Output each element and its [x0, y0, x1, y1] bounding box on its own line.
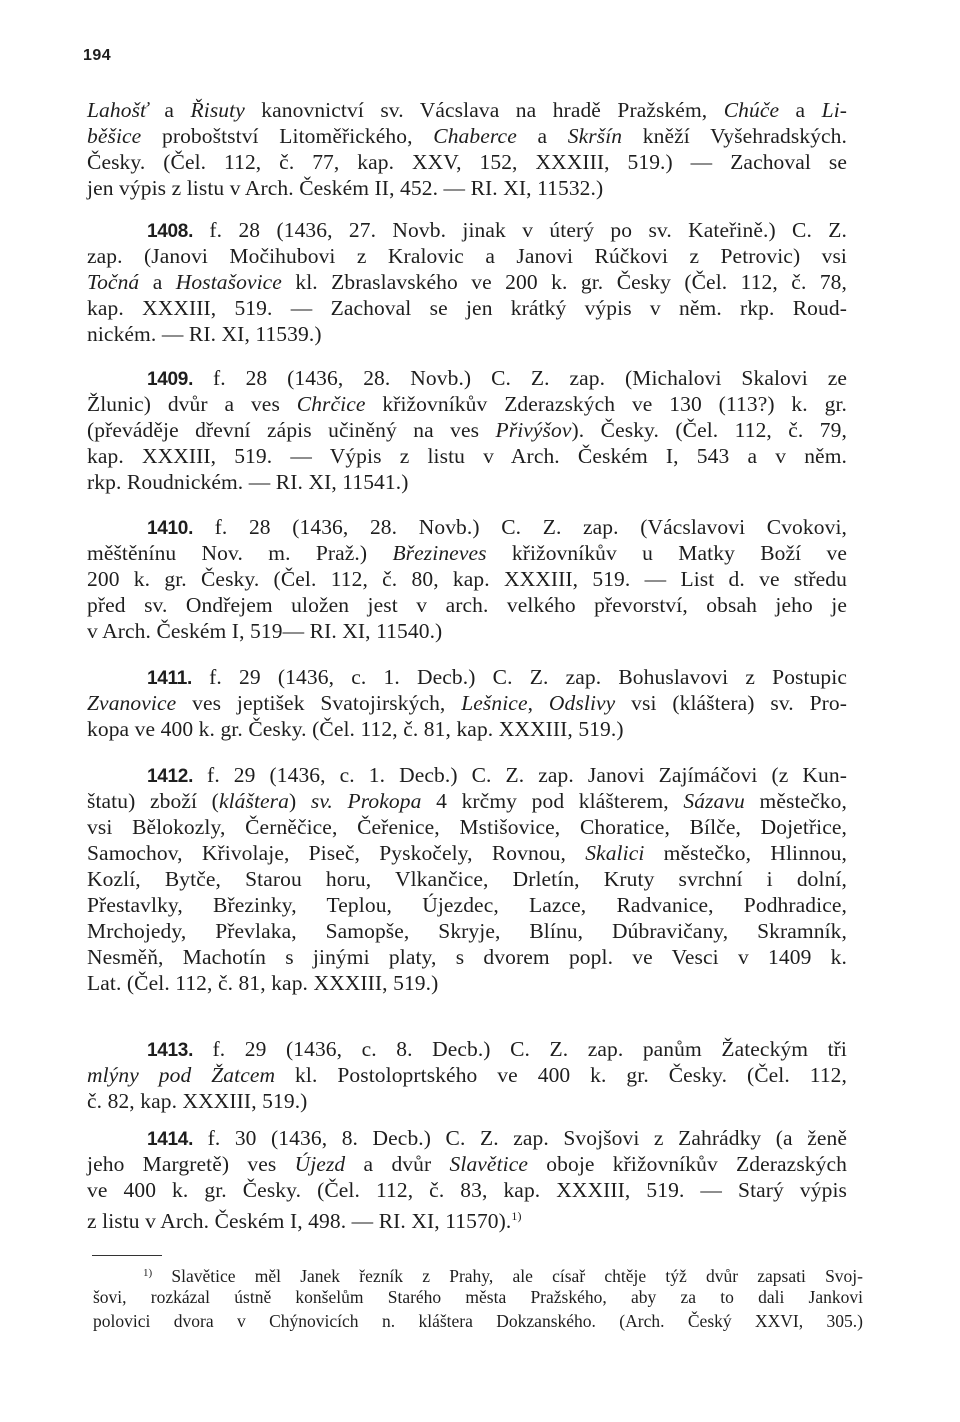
entry-number: 1413. [147, 1040, 193, 1061]
text-run: Žlunic) dvůr a ves [87, 392, 297, 416]
text-run: f. 28 (1436, 28. Novb.) C. Z. zap. (Vács… [193, 515, 847, 539]
place-name: Řisuty [191, 98, 245, 122]
text-run: jen výpis z listu v Arch. Českém II, 452… [87, 176, 603, 200]
text-line: Točná a Hostašovice kl. Zbraslavského ve… [87, 269, 847, 295]
text-line: ve 400 k. gr. Česky. (Čel. 112, č. 83, k… [87, 1177, 847, 1203]
text-line: jen výpis z listu v Arch. Českém II, 452… [87, 175, 847, 201]
text-run: jeho Margretě) ves [87, 1152, 295, 1176]
text-run: Slavětice měl Janek řezník z Prahy, ale … [152, 1266, 863, 1286]
place-name: Skalici [585, 841, 644, 865]
text-line: 1410. f. 28 (1436, 28. Novb.) C. Z. zap.… [147, 514, 847, 542]
place-name: mlýny pod Žatcem [87, 1063, 275, 1087]
text-run: f. 28 (1436, 28. Novb.) C. Z. zap. (Mich… [193, 366, 847, 390]
text-run: a [517, 124, 568, 148]
place-name: Chúče [724, 98, 779, 122]
text-run: ). Česky. (Čel. 112, č. 79, [572, 418, 847, 442]
place-name: sv. Prokopa [311, 789, 422, 813]
text-line: 1412. f. 29 (1436, c. 1. Decb.) C. Z. za… [147, 762, 847, 790]
text-line: jeho Margretě) ves Újezd a dvůr Slavětic… [87, 1151, 847, 1177]
text-line: 1414. f. 30 (1436, 8. Decb.) C. Z. zap. … [147, 1125, 847, 1153]
text-line: (převáděje dřevní zápis učiněný na ves P… [87, 417, 847, 443]
footnote-mark: 1) [143, 1267, 152, 1279]
text-run: kanovnictví sv. Vácslava na hradě Pražsk… [245, 98, 724, 122]
place-name: Chrčice [297, 392, 366, 416]
text-line: 200 k. gr. Česky. (Čel. 112, č. 80, kap.… [87, 566, 847, 592]
place-name: kláštera [219, 789, 289, 813]
text-run: f. 30 (1436, 8. Decb.) C. Z. zap. Svojšo… [193, 1126, 847, 1150]
text-line: Česky. (Čel. 112, č. 77, kap. XXV, 152, … [87, 149, 847, 175]
text-line: před sv. Ondřejem uložen jest v arch. ve… [87, 592, 847, 618]
text-line: Nesměň, Machotín s jinými platy, s dvore… [87, 944, 847, 970]
text-run: a [779, 98, 822, 122]
text-run: f. 29 (1436, c. 8. Decb.) C. Z. zap. pan… [193, 1037, 847, 1061]
place-name: Březineves [392, 541, 486, 565]
place-name: Točná [87, 270, 139, 294]
text-run: , [528, 691, 549, 715]
text-run: kněží Vyšehradských. [622, 124, 847, 148]
place-name: Sázavu [683, 789, 745, 813]
place-name: Slavětice [450, 1152, 529, 1176]
text-run: a [148, 98, 191, 122]
text-line: v Arch. Českém I, 519— RI. XI, 11540.) [87, 618, 847, 644]
text-line: Samochov, Křivolaje, Piseč, Pyskočely, R… [87, 840, 847, 866]
text-run: ) [289, 789, 311, 813]
footnote-reference[interactable]: 1) [511, 1209, 521, 1223]
text-run: f. 29 (1436, c. 1. Decb.) C. Z. zap. Boh… [192, 665, 847, 689]
text-line: běšice proboštství Litoměřického, Chaber… [87, 123, 847, 149]
footnote-line: 1) Slavětice měl Janek řezník z Prahy, a… [143, 1262, 863, 1287]
text-line: z listu v Arch. Českém I, 498. — RI. XI,… [87, 1203, 847, 1234]
text-line: kap. XXXIII, 519. — Zachoval se jen krát… [87, 295, 847, 321]
text-run: proboštství Litoměřického, [141, 124, 433, 148]
text-run: křižovníkův Zderazských ve 130 (113?) k.… [366, 392, 847, 416]
text-run: křižovníkův u Matky Boží ve [487, 541, 847, 565]
place-name: Skršín [568, 124, 622, 148]
footnote-line: polovici dvora v Chýnovicích n. kláštera… [93, 1310, 863, 1332]
text-line: měštěnínu Nov. m. Praž.) Březineves křiž… [87, 540, 847, 566]
entry-number: 1411. [147, 668, 192, 689]
text-run: ves jeptišek Svatojirských, [176, 691, 461, 715]
text-run: f. 29 (1436, c. 1. Decb.) C. Z. zap. Jan… [193, 763, 847, 787]
text-run: Česky. (Čel. 112, č. 77, kap. XXV, 152, … [87, 150, 847, 174]
text-run: f. 28 (1436, 27. Novb. jinak v úterý po … [193, 218, 847, 242]
text-run: 4 krčmy pod klášterem, [421, 789, 683, 813]
text-run: měštěnínu Nov. m. Praž.) [87, 541, 392, 565]
entry-number: 1408. [147, 221, 193, 242]
text-line: kap. XXXIII, 519. — Výpis z listu v Arch… [87, 443, 847, 469]
text-run: z listu v Arch. Českém I, 498. — RI. XI,… [87, 1209, 511, 1233]
text-line: Kozlí, Bytče, Starou horu, Vlkančice, Dr… [87, 866, 847, 892]
text-line: rkp. Roudnickém. — RI. XI, 11541.) [87, 469, 847, 495]
text-line: štatu) zboží (kláštera) sv. Prokopa 4 kr… [87, 788, 847, 814]
text-line: 1408. f. 28 (1436, 27. Novb. jinak v úte… [147, 217, 847, 245]
text-run: (převáděje dřevní zápis učiněný na ves [87, 418, 496, 442]
place-name: Li- [822, 98, 847, 122]
text-run: a [139, 270, 175, 294]
text-run: kl. Postoloprtského ve 400 k. gr. Česky.… [275, 1063, 847, 1087]
text-line: 1409. f. 28 (1436, 28. Novb.) C. Z. zap.… [147, 365, 847, 393]
place-name: Přivýšov [496, 418, 572, 442]
place-name: Odslivy [549, 691, 615, 715]
text-line: Lahošť a Řisuty kanovnictví sv. Vácslava… [87, 97, 847, 123]
place-name: Lešnice [461, 691, 527, 715]
footnote-divider [92, 1255, 162, 1256]
place-name: Újezd [295, 1152, 346, 1176]
footnote-line: šovi, rozkázal ústně konšelům Starého mě… [93, 1286, 863, 1308]
text-run: kl. Zbraslavského ve 200 k. gr. Česky (Č… [282, 270, 847, 294]
text-line: Přestavlky, Březinky, Teplou, Újezdec, L… [87, 892, 847, 918]
entry-number: 1412. [147, 766, 193, 787]
text-run: štatu) zboží ( [87, 789, 219, 813]
text-line: 1411. f. 29 (1436, c. 1. Decb.) C. Z. za… [147, 664, 847, 692]
text-run: Samochov, Křivolaje, Piseč, Pyskočely, R… [87, 841, 585, 865]
text-line: vsi Bělokozly, Černěčice, Čeřenice, Msti… [87, 814, 847, 840]
text-line: nickém. — RI. XI, 11539.) [87, 321, 847, 347]
text-run: městečko, [745, 789, 847, 813]
place-name: Chaberce [433, 124, 517, 148]
text-line: Lat. (Čel. 112, č. 81, kap. XXXIII, 519.… [87, 970, 847, 996]
text-line: Zvanovice ves jeptišek Svatojirských, Le… [87, 690, 847, 716]
text-line: zap. (Janovi Močihubovi z Kralovic a Jan… [87, 243, 847, 269]
text-line: 1413. f. 29 (1436, c. 8. Decb.) C. Z. za… [147, 1036, 847, 1064]
page-number: 194 [83, 47, 111, 65]
text-run: a dvůr [345, 1152, 449, 1176]
place-name: Lahošť [87, 98, 148, 122]
entry-number: 1414. [147, 1129, 193, 1150]
text-run: vsi (kláštera) sv. Pro- [615, 691, 847, 715]
text-line: mlýny pod Žatcem kl. Postoloprtského ve … [87, 1062, 847, 1088]
text-run: městečko, Hlinnou, [644, 841, 847, 865]
entry-number: 1409. [147, 369, 193, 390]
text-run: oboje křižovníkův Zderazských [528, 1152, 847, 1176]
place-name: běšice [87, 124, 141, 148]
entry-number: 1410. [147, 518, 193, 539]
place-name: Hostašovice [176, 270, 282, 294]
text-line: č. 82, kap. XXXIII, 519.) [87, 1088, 847, 1114]
text-line: kopa ve 400 k. gr. Česky. (Čel. 112, č. … [87, 716, 847, 742]
text-line: Mrchojedy, Převlaka, Samopše, Skryje, Bl… [87, 918, 847, 944]
text-line: Žlunic) dvůr a ves Chrčice křižovníkův Z… [87, 391, 847, 417]
place-name: Zvanovice [87, 691, 176, 715]
